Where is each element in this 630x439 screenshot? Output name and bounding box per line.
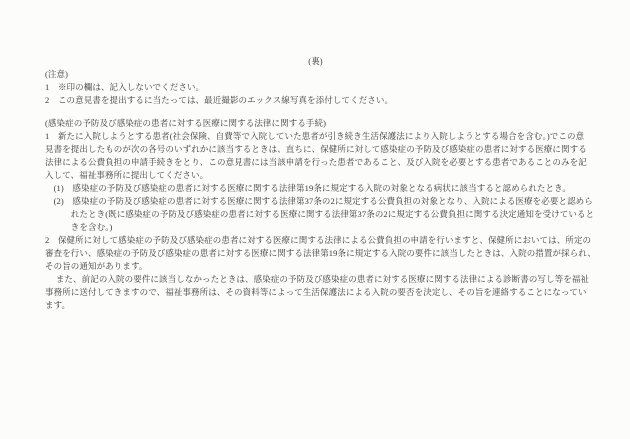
- notes-heading: (注意): [45, 68, 586, 81]
- procedure-section: (感染症の予防及び感染症の患者に対する医療に関する法律に関する手続) 1 新たに…: [45, 117, 586, 312]
- scanned-document-page: (裏) (注意) 1 ※印の欄は、記入しないでください。 2 この意見書を提出す…: [0, 0, 630, 439]
- procedure-item-1-sub-2: (2) 感染症の予防及び感染症の患者に対する医療に関する法律第37条の2に規定す…: [45, 195, 586, 234]
- procedure-item-2: 2 保健所に対して感染症の予防及び感染症の患者に対する医療に関する法律による公費…: [45, 234, 586, 273]
- procedure-item-1: 1 新たに入院しようとする患者(社会保険、自費等で入院していた患者が引き続き生活…: [45, 130, 586, 182]
- note-item-2: 2 この意見書を提出するに当たっては、最近撮影のエックス線写真を添付してください…: [45, 94, 586, 107]
- procedure-item-1-sub-1: (1) 感染症の予防及び感染症の患者に対する医療に関する法律第19条に規定する入…: [45, 182, 586, 195]
- notes-section: (注意) 1 ※印の欄は、記入しないでください。 2 この意見書を提出するに当た…: [45, 68, 586, 107]
- procedure-heading: (感染症の予防及び感染症の患者に対する医療に関する法律に関する手続): [45, 117, 586, 130]
- procedure-item-2-paragraph-2: また、前記の入院の要件に該当しなかったときは、感染症の予防及び感染症の患者に対す…: [45, 273, 586, 312]
- note-item-1: 1 ※印の欄は、記入しないでください。: [45, 81, 586, 94]
- page-side-label: (裏): [45, 55, 586, 68]
